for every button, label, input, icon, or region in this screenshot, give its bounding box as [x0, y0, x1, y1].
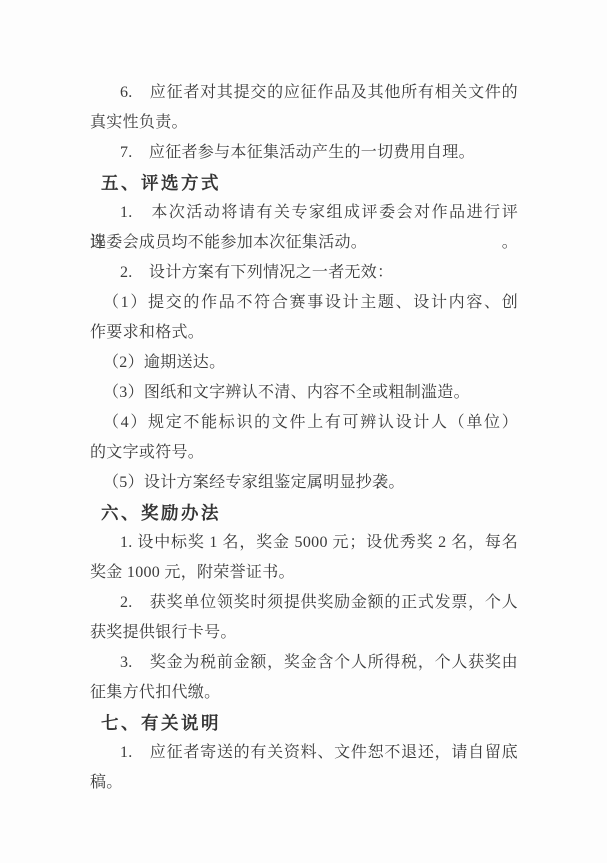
paragraph-line: 6. 应征者对其提交的应征作品及其他所有相关文件的	[90, 78, 518, 108]
paragraph-line: （5）设计方案经专家组鉴定属明显抄袭。	[90, 468, 518, 498]
document-page: 6. 应征者对其提交的应征作品及其他所有相关文件的真实性负责。7. 应征者参与本…	[0, 0, 607, 863]
paragraph-line: 征集方代扣代缴。	[90, 678, 518, 708]
paragraph-line: 作要求和格式。	[90, 318, 518, 348]
section-heading: 五、评选方式	[90, 168, 518, 198]
paragraph-line: 2. 设计方案有下列情况之一者无效：	[90, 258, 518, 288]
paragraph-line: 获奖提供银行卡号。	[90, 618, 518, 648]
paragraph-line: （3）图纸和文字辨认不清、内容不全或粗制滥造。	[90, 378, 518, 408]
paragraph-line: 1. 设中标奖 1 名，奖金 5000 元；设优秀奖 2 名，每名	[90, 528, 518, 558]
document-text-block: 6. 应征者对其提交的应征作品及其他所有相关文件的真实性负责。7. 应征者参与本…	[90, 78, 518, 798]
paragraph-line: 2. 获奖单位领奖时须提供奖励金额的正式发票，个人	[90, 588, 518, 618]
paragraph-line: （1）提交的作品不符合赛事设计主题、设计内容、创	[90, 288, 518, 318]
section-heading: 七、有关说明	[90, 708, 518, 738]
paragraph-line: （4）规定不能标识的文件上有可辨认设计人（单位）	[90, 408, 518, 438]
paragraph-line: 1. 本次活动将请有关专家组成评委会对作品进行评选。	[90, 198, 518, 228]
paragraph-line: 的文字或符号。	[90, 438, 518, 468]
paragraph-line: 真实性负责。	[90, 108, 518, 138]
section-heading: 六、奖励办法	[90, 498, 518, 528]
paragraph-line: （2）逾期送达。	[90, 348, 518, 378]
paragraph-line: 1. 应征者寄送的有关资料、文件恕不退还，请自留底	[90, 738, 518, 768]
paragraph-line: 奖金 1000 元，附荣誉证书。	[90, 558, 518, 588]
paragraph-line: 7. 应征者参与本征集活动产生的一切费用自理。	[90, 138, 518, 168]
paragraph-line: 3. 奖金为税前金额，奖金含个人所得税，个人获奖由	[90, 648, 518, 678]
paragraph-line: 稿。	[90, 768, 518, 798]
